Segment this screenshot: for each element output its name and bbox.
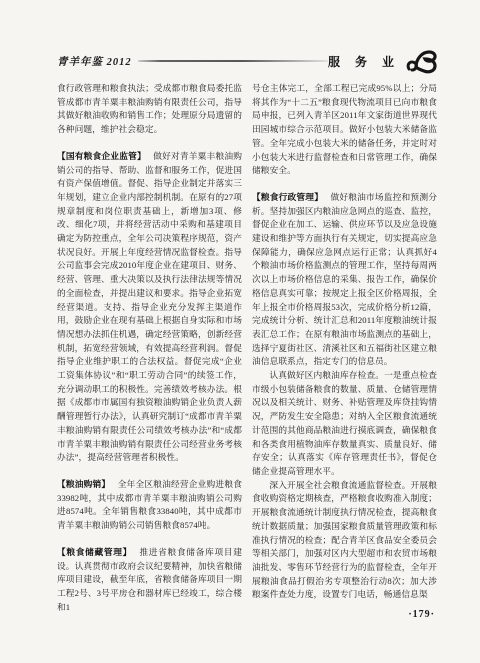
- section-heading: 【粮油购销】: [57, 479, 110, 489]
- section-paragraph: 【国有粮食企业监管】做好对青羊粟丰粮油购销公司的指导、帮助、监督和服务工作，促进…: [57, 150, 242, 465]
- chapter-title: 服 务 业: [328, 53, 400, 70]
- yearbook-scanned-page: 青羊年鉴 2012 服 务 业 食行政管理和粮食执法；受成都市粮食局委托监管成都…: [0, 0, 480, 663]
- section-subparagraph-inventory-check: 认真做好区内粮油库存检查。一是重点检查市级小包装储备粮食的数量、质量、仓储管理情…: [252, 369, 437, 479]
- calligraphy-swirl-icon: [404, 46, 440, 76]
- section-paragraph: 【粮食储藏管理】推进省粮食储备库项目建设。认真贯彻市政府会议纪要精神，加快省粮储…: [57, 546, 242, 615]
- paragraph-continuation-right: 号仓主体完工，全部工程已完成95%以上；分局将其作为“十二五”粮食现代物流项目已…: [252, 82, 437, 178]
- section-heading: 【粮食行政管理】: [252, 192, 323, 202]
- section-paragraph: 【粮食行政管理】做好粮油市场监控和预测分析。坚持加强区内粮油应急网点的巡查、监控…: [252, 191, 437, 369]
- section-paragraph: 【粮油购销】全年全区粮油经营企业购进粮食33982吨，其中成都市青羊粟丰粮油购销…: [57, 478, 242, 533]
- page-number: ·179·: [408, 609, 435, 620]
- right-column: 号仓主体完工，全部工程已完成95%以上；分局将其作为“十二五”粮食现代物流项目已…: [252, 82, 437, 632]
- two-column-text-body: 食行政管理和粮食执法；受成都市粮食局委托监管成都市青羊粟丰粮油购销有限责任公司，…: [57, 82, 437, 632]
- section-grain-storage-management: 【粮食储藏管理】推进省粮食储备库项目建设。认真贯彻市政府会议纪要精神，加快省粮储…: [57, 546, 242, 615]
- section-grain-administration: 【粮食行政管理】做好粮油市场监控和预测分析。坚持加强区内粮油应急网点的巡查、监控…: [252, 191, 437, 602]
- section-body-text: 做好粮油市场监控和预测分析。坚持加强区内粮油应急网点的巡查、监控，督促企业在加工…: [252, 192, 437, 366]
- header-rule: [138, 60, 328, 62]
- section-body-text: 做好对青羊粟丰粮油购销公司的指导、帮助、监督和服务工作，促进国有资产保值增值。督…: [57, 151, 242, 462]
- section-grain-oil-purchase-sale: 【粮油购销】全年全区粮油经营企业购进粮食33982吨，其中成都市青羊粟丰粮油购销…: [57, 478, 242, 533]
- section-state-grain-enterprise-supervision: 【国有粮食企业监管】做好对青羊粟丰粮油购销公司的指导、帮助、监督和服务工作，促进…: [57, 150, 242, 465]
- paragraph-continuation-left: 食行政管理和粮食执法；受成都市粮食局委托监管成都市青羊粟丰粮油购销有限责任公司，…: [57, 82, 242, 137]
- section-heading: 【粮食储藏管理】: [57, 547, 132, 557]
- section-heading: 【国有粮食企业监管】: [57, 151, 146, 161]
- running-header: 青羊年鉴 2012 服 务 业: [57, 44, 440, 78]
- section-subparagraph-circulation-supervision: 深入开展全社会粮食流通监督检查。开展粮食收购资格定期核查，严格粮食收购准入制度；…: [252, 479, 437, 602]
- left-column: 食行政管理和粮食执法；受成都市粮食局委托监管成都市青羊粟丰粮油购销有限责任公司，…: [57, 82, 242, 632]
- book-title: 青羊年鉴 2012: [57, 54, 132, 69]
